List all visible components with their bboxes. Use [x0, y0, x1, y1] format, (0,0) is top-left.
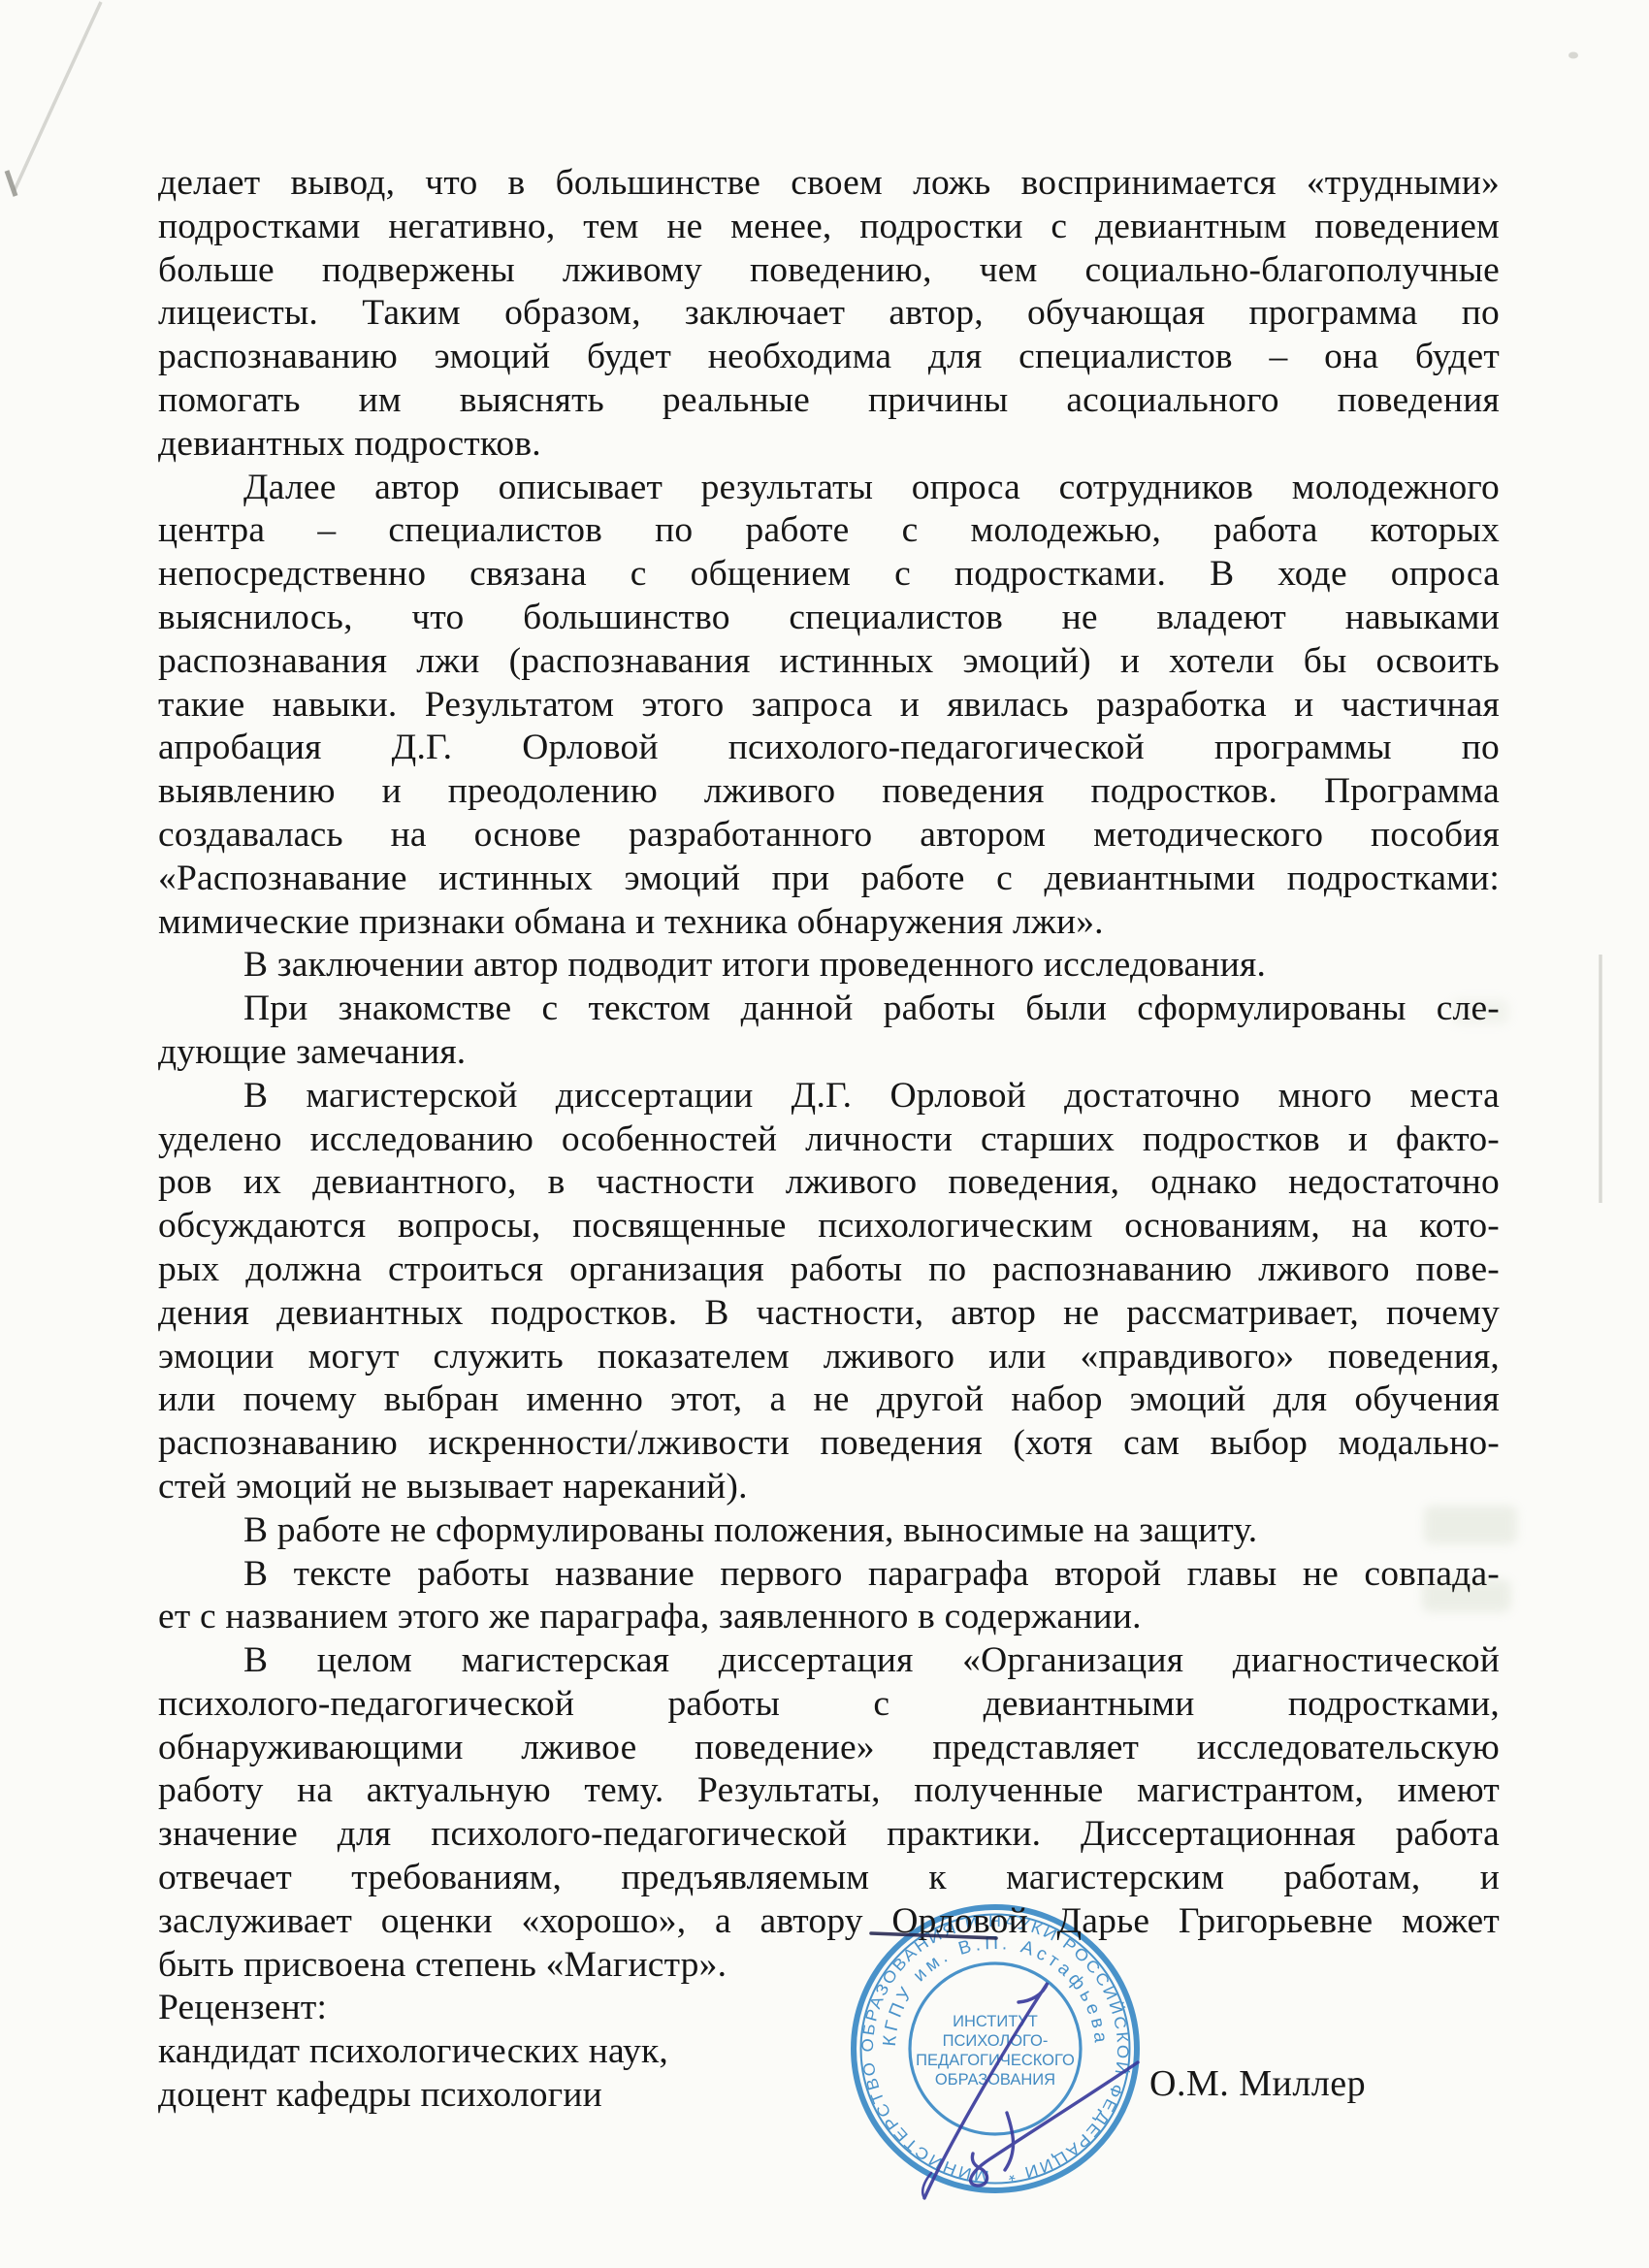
text-line: обсуждаются вопросы, посвященные психоло… — [158, 1205, 1500, 1248]
text-line: такие навыки. Результатом этого запроса … — [158, 684, 1500, 728]
text-line: непосредственно связана с общением с под… — [158, 553, 1500, 597]
fold-crease — [15, 2, 101, 190]
document-body: делает вывод, что в большинстве своем ло… — [158, 162, 1500, 1987]
paragraph: В заключении автор подводит итоги провед… — [158, 944, 1500, 988]
text-line: заслуживает оценки «хорошо», а автору Ор… — [158, 1900, 1500, 1944]
paragraph: В магистерской диссертации Д.Г. Орловой … — [158, 1075, 1500, 1509]
text-line: стей эмоций не вызывает нареканий). — [158, 1466, 1500, 1509]
text-line: В заключении автор подводит итоги провед… — [158, 944, 1500, 988]
text-line: психолого-педагогической работы с девиан… — [158, 1683, 1500, 1727]
text-line: уделено исследованию особенностей личнос… — [158, 1118, 1500, 1162]
text-line: В работе не сформулированы положения, вы… — [158, 1509, 1500, 1553]
text-line: эмоции могут служить показателем лживого… — [158, 1336, 1500, 1379]
text-line: ров их девиантного, в частности лживого … — [158, 1161, 1500, 1205]
text-line: ет с названием этого же параграфа, заявл… — [158, 1596, 1500, 1639]
text-line: выявлению и преодолению лживого поведени… — [158, 770, 1500, 814]
text-line: обнаруживающими лживое поведение» предст… — [158, 1727, 1500, 1770]
reviewer-name: О.М. Миллер — [1149, 2062, 1366, 2105]
text-line: апробация Д.Г. Орловой психолого-педагог… — [158, 727, 1500, 770]
text-line: быть присвоена степень «Магистр». — [158, 1944, 1500, 1988]
text-line: центра – специалистов по работе с молоде… — [158, 509, 1500, 553]
paragraph: При знакомстве с текстом данной работы б… — [158, 988, 1500, 1075]
paragraph: делает вывод, что в большинстве своем ло… — [158, 162, 1500, 467]
text-line: дения девиантных подростков. В частности… — [158, 1292, 1500, 1336]
text-line: выяснилось, что большинство специалистов… — [158, 597, 1500, 640]
document-text: делает вывод, что в большинстве своем ло… — [158, 162, 1500, 2118]
text-line: Далее автор описывает результаты опроса … — [158, 467, 1500, 510]
text-line: распознавания лжи (распознавания истинны… — [158, 640, 1500, 684]
text-line: делает вывод, что в большинстве своем ло… — [158, 162, 1500, 206]
reviewer-label: Рецензент: — [158, 1987, 1500, 2030]
text-line: При знакомстве с текстом данной работы б… — [158, 988, 1500, 1031]
text-line: рых должна строиться организация работы … — [158, 1248, 1500, 1292]
text-line: лицеисты. Таким образом, заключает автор… — [158, 292, 1500, 336]
text-line: отвечает требованиям, предъявляемым к ма… — [158, 1857, 1500, 1900]
paragraph: В целом магистерская диссертация «Органи… — [158, 1639, 1500, 1987]
text-line: или почему выбран именно этот, а не друг… — [158, 1378, 1500, 1422]
paragraph: В тексте работы название первого парагра… — [158, 1553, 1500, 1640]
text-line: «Распознавание истинных эмоций при работ… — [158, 858, 1500, 901]
text-line: В магистерской диссертации Д.Г. Орловой … — [158, 1075, 1500, 1118]
paragraph: В работе не сформулированы положения, вы… — [158, 1509, 1500, 1553]
text-line: больше подвержены лживому поведению, чем… — [158, 249, 1500, 293]
text-line: В тексте работы название первого парагра… — [158, 1553, 1500, 1597]
paragraph: Далее автор описывает результаты опроса … — [158, 467, 1500, 945]
text-line: распознаванию эмоций будет необходима дл… — [158, 336, 1500, 379]
scanned-review-page: МИНИСТЕРСТВО ОБРАЗОВАНИЯ И НАУКИ РОССИЙС… — [0, 0, 1649, 2268]
text-line: девиантных подростков. — [158, 423, 1500, 467]
text-line: создавалась на основе разработанного авт… — [158, 814, 1500, 858]
text-line: В целом магистерская диссертация «Органи… — [158, 1639, 1500, 1683]
text-line: распознаванию искренности/лживости повед… — [158, 1422, 1500, 1466]
text-line: помогать им выяснять реальные причины ас… — [158, 379, 1500, 423]
text-line: работу на актуальную тему. Результаты, п… — [158, 1769, 1500, 1813]
text-line: подростками негативно, тем не менее, под… — [158, 206, 1500, 249]
text-line: значение для психолого-педагогической пр… — [158, 1813, 1500, 1857]
fold-crease-mark — [7, 171, 16, 196]
paper-speck — [1568, 52, 1578, 59]
text-line: мимические признаки обмана и техника обн… — [158, 901, 1500, 945]
text-line: дующие замечания. — [158, 1031, 1500, 1075]
